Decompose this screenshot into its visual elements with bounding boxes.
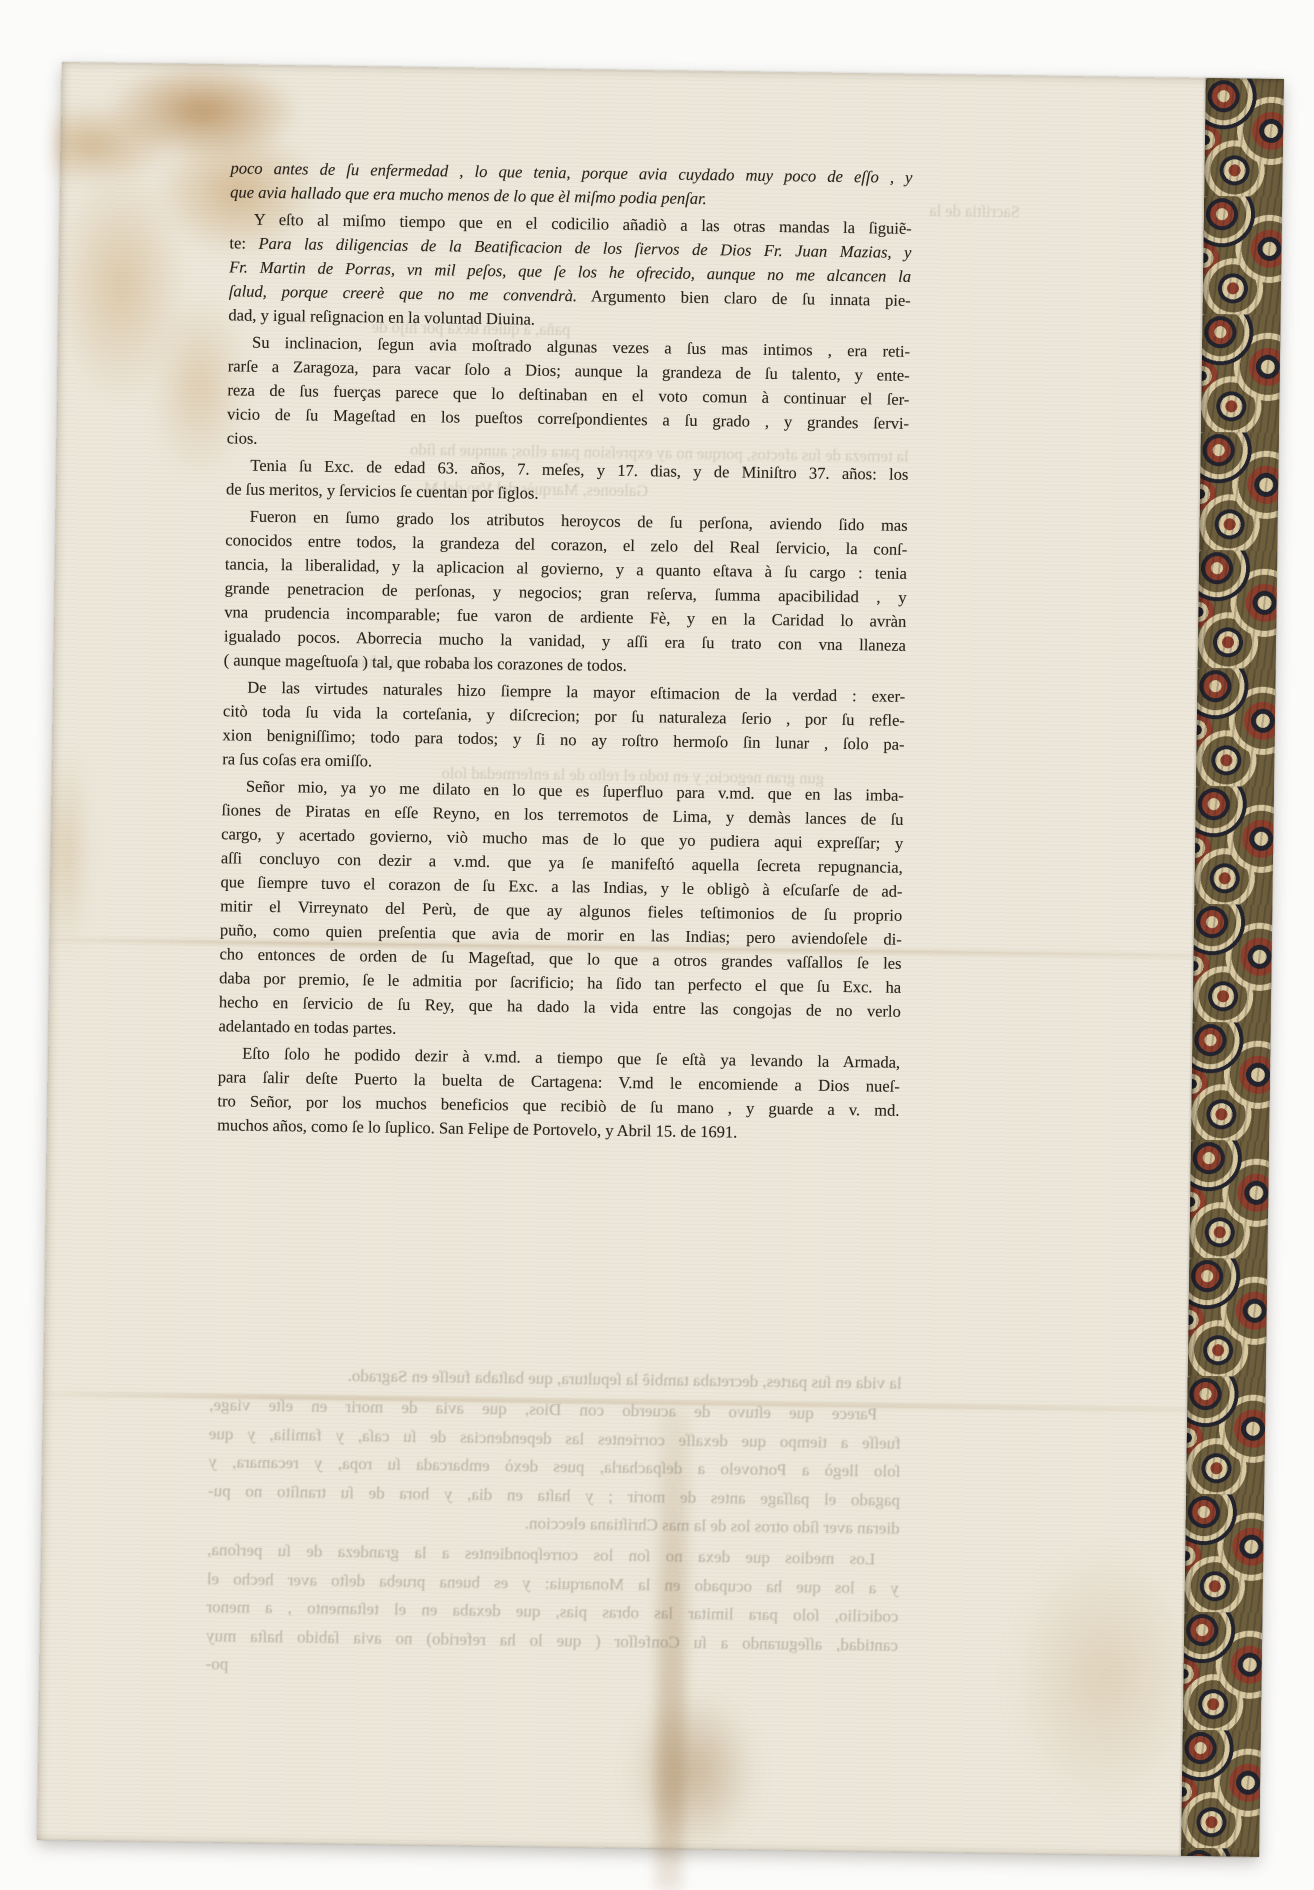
marbled-edge-strip — [1181, 78, 1284, 1857]
stain-left-margin — [45, 692, 109, 1013]
page: Sacriſtia de lapaña, a quien dexa por hi… — [37, 62, 1284, 1857]
stain-bottom-blob — [627, 1690, 759, 1852]
bleedthrough-fragments: Sacriſtia de lapaña, a quien dexa por hi… — [62, 62, 1284, 79]
scan-background: Antique printed Spanish letter page (rec… — [0, 0, 1314, 1890]
text-block: poco antes de ſu enfermedad , lo que ten… — [217, 156, 913, 1146]
bleedthrough-block: la vida en ſus partes, decretaba tambiẽ … — [205, 1360, 901, 1688]
foxing-bottom-right — [1008, 1545, 1202, 1808]
